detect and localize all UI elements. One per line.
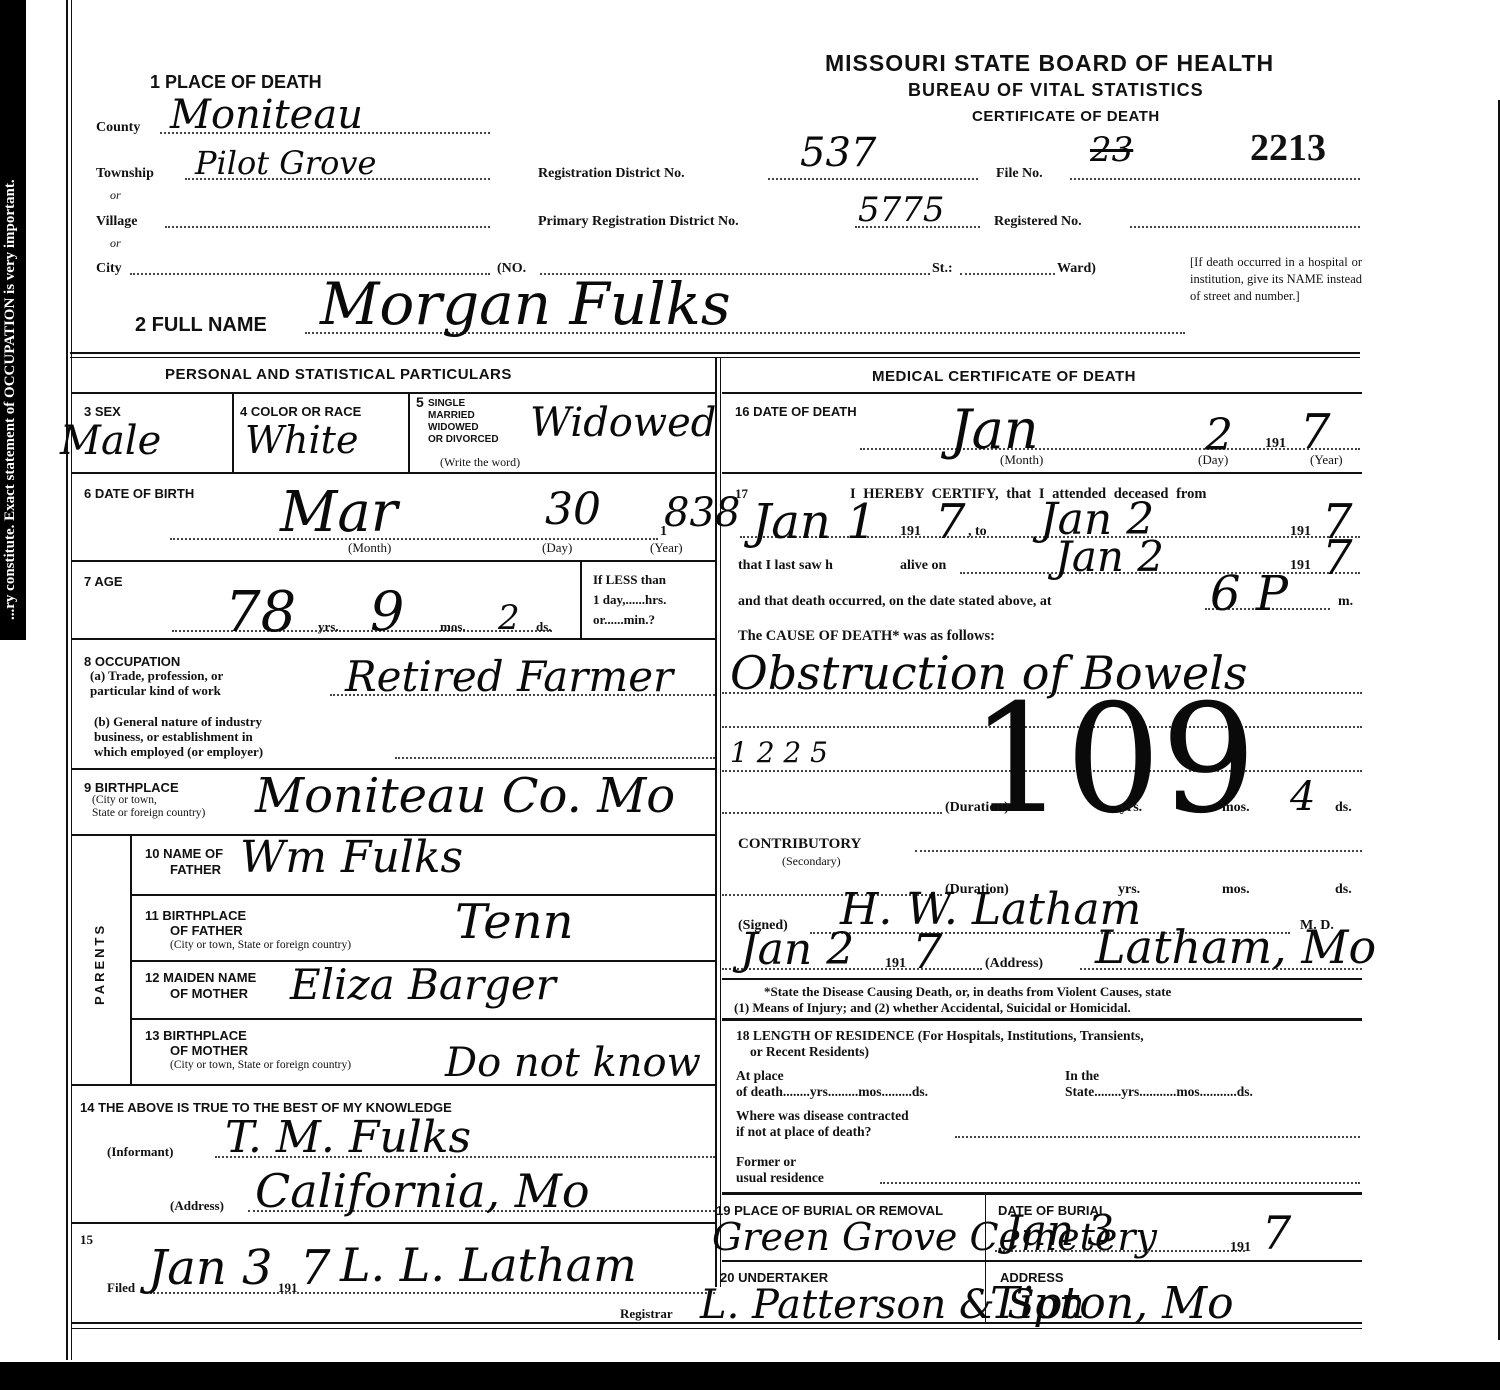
primary-district-label: Primary Registration District No. bbox=[538, 214, 739, 230]
duration2-mos-caption: mos. bbox=[1222, 882, 1250, 898]
residence-title-line-2: or Recent Residents) bbox=[736, 1044, 1144, 1060]
death-occurred-value[interactable]: 6 P bbox=[1210, 566, 1288, 622]
place-of-death-title: 1 PLACE OF DEATH bbox=[150, 72, 322, 93]
attended-from-year-prefix: 191 bbox=[900, 524, 921, 540]
marital-value[interactable]: Widowed bbox=[530, 400, 716, 446]
former-residence-line bbox=[880, 1182, 1360, 1184]
at-place-line-2: of death........yrs.........mos.........… bbox=[736, 1084, 928, 1100]
residence-title: 18 LENGTH OF RESIDENCE (For Hospitals, I… bbox=[736, 1028, 1144, 1060]
sex-label: 3 SEX bbox=[84, 404, 121, 419]
signed-year[interactable]: 7 bbox=[912, 924, 943, 980]
informant-address-value[interactable]: California, Mo bbox=[255, 1164, 590, 1218]
residence-top-line bbox=[722, 1018, 1362, 1021]
or-label-1: or bbox=[110, 188, 121, 203]
board-title: MISSOURI STATE BOARD OF HEALTH bbox=[825, 50, 1274, 77]
filed-year[interactable]: 7 bbox=[300, 1240, 331, 1296]
age-yrs-caption: yrs. bbox=[318, 619, 339, 635]
large-number-stamp: 109 bbox=[970, 685, 1256, 835]
mother-bp-line-3: (City or town, State or foreign country) bbox=[145, 1058, 351, 1073]
last-saw-value[interactable]: Jan 2 bbox=[1055, 532, 1164, 581]
sex-race-divider bbox=[232, 392, 234, 472]
contributory-line bbox=[915, 850, 1362, 852]
dob-day[interactable]: 30 bbox=[545, 484, 601, 535]
disease-contracted-line-2: if not at place of death? bbox=[736, 1124, 909, 1140]
birthplace-sub-line-1: (City or town, bbox=[92, 794, 205, 807]
bottom-black-border bbox=[0, 1362, 1500, 1390]
age-ds-caption: ds. bbox=[536, 619, 552, 635]
contributory-sublabel: (Secondary) bbox=[782, 854, 841, 869]
occupation-label: 8 OCCUPATION bbox=[84, 654, 180, 669]
duration-label: (Duration) bbox=[945, 800, 1009, 816]
duration-ds-caption: ds. bbox=[1335, 800, 1352, 816]
burial-year-prefix: 191 bbox=[1230, 1240, 1251, 1256]
filed-date[interactable]: Jan 3 bbox=[148, 1240, 273, 1296]
occupation-b-line bbox=[395, 757, 715, 759]
cause-of-death-label: The CAUSE OF DEATH* was as follows: bbox=[738, 628, 995, 645]
certify-number: 17 bbox=[735, 486, 748, 502]
bureau-title: BUREAU OF VITAL STATISTICS bbox=[908, 80, 1204, 101]
attended-to-year-prefix: 191 bbox=[1290, 524, 1311, 540]
occupation-b-line-3: which employed (or employer) bbox=[94, 744, 263, 759]
cause-line-3-value[interactable]: 1 2 2 5 bbox=[730, 736, 828, 769]
mother-birthplace-label: 13 BIRTHPLACE OF MOTHER (City or town, S… bbox=[145, 1028, 351, 1073]
occupation-b-line-2: business, or establishment in bbox=[94, 729, 263, 744]
former-residence-line-1: Former or bbox=[736, 1154, 824, 1170]
marital-number: 5 bbox=[416, 394, 424, 410]
birthplace-label: 9 BIRTHPLACE bbox=[84, 780, 179, 795]
birthplace-sub-line-2: State or foreign country) bbox=[92, 807, 205, 820]
occupation-a-label: (a) Trade, profession, or particular kin… bbox=[90, 668, 223, 698]
in-state-line-2: State........yrs...........mos..........… bbox=[1065, 1084, 1253, 1100]
less-than-line-3: or......min.? bbox=[593, 610, 666, 630]
row-line-6 bbox=[72, 560, 715, 562]
signed-date[interactable]: Jan 2 bbox=[740, 924, 854, 975]
undertaker-top-line bbox=[722, 1260, 1362, 1262]
residence-title-line-1: 18 LENGTH OF RESIDENCE (For Hospitals, I… bbox=[736, 1028, 1144, 1044]
father-label: 10 NAME OF FATHER bbox=[145, 846, 223, 878]
mother-birthplace-value[interactable]: Do not know bbox=[445, 1040, 701, 1086]
duration-yrs-caption: yrs. bbox=[1120, 800, 1142, 816]
last-saw-mid: alive on bbox=[900, 558, 946, 574]
registered-number-label: Registered No. bbox=[994, 214, 1082, 230]
row-line-10 bbox=[132, 894, 715, 896]
occupation-a-line-2: particular kind of work bbox=[90, 683, 223, 698]
registration-district-line bbox=[768, 178, 978, 180]
file-number-line bbox=[1070, 178, 1360, 180]
mother-label-line-1: 12 MAIDEN NAME bbox=[145, 970, 256, 986]
disease-contracted-line-1: Where was disease contracted bbox=[736, 1108, 909, 1124]
duration-mos-caption: mos. bbox=[1222, 800, 1250, 816]
full-name-value[interactable]: Morgan Fulks bbox=[320, 270, 731, 338]
last-saw-year-prefix: 191 bbox=[1290, 558, 1311, 574]
frame-left-line bbox=[66, 0, 68, 1360]
primary-district-value[interactable]: 5775 bbox=[858, 190, 945, 230]
county-label: County bbox=[96, 120, 140, 136]
father-bp-line-1: 11 BIRTHPLACE bbox=[145, 908, 351, 923]
row-line-13 bbox=[72, 1084, 715, 1086]
marital-option-single: SINGLE bbox=[428, 398, 499, 410]
in-state-line-1: In the bbox=[1065, 1068, 1253, 1084]
death-occurred-label: and that death occurred, on the date sta… bbox=[738, 594, 1052, 610]
dob-label: 6 DATE OF BIRTH bbox=[84, 486, 194, 501]
hospital-note: [If death occurred in a hospital or inst… bbox=[1190, 254, 1362, 305]
file-number-label: File No. bbox=[996, 166, 1043, 182]
attended-from-year[interactable]: 7 bbox=[935, 494, 966, 550]
dod-month-caption: (Month) bbox=[1000, 452, 1043, 468]
footnote-line-1: *State the Disease Causing Death, or, in… bbox=[734, 984, 1171, 1000]
informant-address-label: (Address) bbox=[170, 1198, 224, 1214]
occupation-b-label: (b) General nature of industry business,… bbox=[94, 714, 263, 759]
county-value[interactable]: Moniteau bbox=[170, 92, 363, 138]
birthplace-value[interactable]: Moniteau Co. Mo bbox=[255, 768, 675, 824]
dob-month-caption: (Month) bbox=[348, 540, 391, 556]
mother-label: 12 MAIDEN NAME OF MOTHER bbox=[145, 970, 256, 1002]
residence-in-state: In the State........yrs...........mos...… bbox=[1065, 1068, 1253, 1100]
filed-year-prefix: 191 bbox=[278, 1280, 298, 1296]
filed-number: 15 bbox=[80, 1232, 93, 1248]
death-occurred-suffix: m. bbox=[1338, 594, 1353, 610]
city-label: City bbox=[96, 261, 122, 277]
frame-left-line-inner bbox=[71, 0, 72, 1360]
less-than-line-2: 1 day,......hrs. bbox=[593, 590, 666, 610]
contributory-label: CONTRIBUTORY bbox=[738, 836, 861, 853]
registrar-signature[interactable]: L. L. Latham bbox=[340, 1238, 637, 1292]
certificate-title: CERTIFICATE OF DEATH bbox=[972, 108, 1160, 125]
marital-option-widowed: WIDOWED bbox=[428, 422, 499, 434]
date-of-death-label: 16 DATE OF DEATH bbox=[735, 404, 857, 419]
footnote-line-2: (1) Means of Injury; and (2) whether Acc… bbox=[734, 1000, 1171, 1016]
ward-label: Ward) bbox=[1057, 261, 1096, 277]
informant-label: (Informant) bbox=[107, 1144, 173, 1160]
age-days[interactable]: 2 bbox=[498, 598, 520, 638]
residence-at-place: At place of death........yrs.........mos… bbox=[736, 1068, 928, 1100]
marital-option-divorced: OR DIVORCED bbox=[428, 434, 499, 446]
duration2-ds-caption: ds. bbox=[1335, 882, 1352, 898]
race-marital-divider bbox=[408, 392, 410, 472]
section-divider-top bbox=[70, 352, 1360, 354]
father-bp-line-3: (City or town, State or foreign country) bbox=[145, 938, 351, 953]
mother-bp-line-1: 13 BIRTHPLACE bbox=[145, 1028, 351, 1043]
personal-title-line bbox=[72, 392, 715, 394]
cause-footnote: *State the Disease Causing Death, or, in… bbox=[734, 984, 1171, 1016]
burial-date-value[interactable]: Jan 3 bbox=[1005, 1206, 1114, 1255]
personal-section-title: PERSONAL AND STATISTICAL PARTICULARS bbox=[165, 366, 512, 383]
sex-value[interactable]: Male bbox=[60, 418, 161, 464]
dod-year-caption: (Year) bbox=[1310, 452, 1343, 468]
former-residence-label: Former or usual residence bbox=[736, 1154, 824, 1186]
registration-district-value[interactable]: 537 bbox=[800, 130, 876, 176]
row-line-5 bbox=[72, 472, 715, 474]
disease-contracted-label: Where was disease contracted if not at p… bbox=[736, 1108, 909, 1140]
father-label-line-1: 10 NAME OF bbox=[145, 846, 223, 862]
village-line bbox=[165, 226, 490, 228]
registration-district-label: Registration District No. bbox=[538, 166, 685, 182]
medical-title-line bbox=[722, 392, 1362, 394]
less-than-day: If LESS than 1 day,......hrs. or......mi… bbox=[593, 570, 666, 630]
dob-day-caption: (Day) bbox=[542, 540, 572, 556]
file-number-struck: 23 bbox=[1090, 130, 1133, 170]
informant-value[interactable]: T. M. Fulks bbox=[225, 1112, 471, 1163]
duration-line bbox=[722, 812, 942, 814]
duration-days[interactable]: 4 bbox=[1290, 774, 1315, 820]
father-value[interactable]: Wm Fulks bbox=[240, 832, 463, 883]
occupation-a-line-1: (a) Trade, profession, or bbox=[90, 668, 223, 683]
age-mos-caption: mos. bbox=[440, 619, 466, 635]
birthplace-sublabel: (City or town, State or foreign country) bbox=[92, 794, 205, 820]
registrar-label: Registrar bbox=[620, 1306, 673, 1322]
physician-address-label: (Address) bbox=[985, 956, 1043, 972]
dod-day-caption: (Day) bbox=[1198, 452, 1228, 468]
registered-number-line bbox=[1130, 226, 1360, 228]
marital-option-married: MARRIED bbox=[428, 410, 499, 422]
physician-address-value[interactable]: Latham, Mo bbox=[1095, 920, 1376, 974]
occupation-a-value[interactable]: Retired Farmer bbox=[345, 652, 673, 701]
age-label: 7 AGE bbox=[84, 574, 123, 589]
burial-year[interactable]: 7 bbox=[1262, 1206, 1291, 1260]
dob-line bbox=[170, 538, 658, 540]
last-saw-label: that I last saw h bbox=[738, 558, 833, 574]
less-than-line-1: If LESS than bbox=[593, 570, 666, 590]
mother-value[interactable]: Eliza Barger bbox=[290, 960, 556, 1009]
race-label: 4 COLOR OR RACE bbox=[240, 404, 361, 419]
row-line-12 bbox=[132, 1018, 715, 1020]
disease-contracted-line bbox=[955, 1136, 1360, 1138]
dob-year-caption: (Year) bbox=[650, 540, 683, 556]
row-line-7 bbox=[72, 638, 715, 640]
race-value[interactable]: White bbox=[245, 418, 358, 462]
former-residence-line-2: usual residence bbox=[736, 1170, 824, 1186]
marital-note: (Write the word) bbox=[440, 455, 520, 470]
date-of-death-year-prefix: 191 bbox=[1265, 436, 1286, 452]
age-months[interactable]: 9 bbox=[370, 580, 404, 643]
age-less-divider bbox=[580, 560, 582, 638]
father-birthplace-label: 11 BIRTHPLACE OF FATHER (City or town, S… bbox=[145, 908, 351, 953]
medical-row-line-16 bbox=[722, 472, 1362, 474]
ward-line bbox=[960, 273, 1055, 275]
attended-from[interactable]: Jan 1 bbox=[752, 494, 877, 550]
or-label-2: or bbox=[110, 236, 121, 251]
dob-month[interactable]: Mar bbox=[280, 480, 398, 545]
parents-label: PARENTS bbox=[92, 923, 107, 1005]
filed-label: Filed bbox=[107, 1280, 135, 1296]
at-place-line-1: At place bbox=[736, 1068, 928, 1084]
father-birthplace-value[interactable]: Tenn bbox=[455, 894, 574, 950]
age-years[interactable]: 78 bbox=[225, 580, 296, 645]
file-number-value[interactable]: 2213 bbox=[1250, 126, 1326, 170]
mother-bp-line-2: OF MOTHER bbox=[145, 1043, 351, 1058]
burial-top-line bbox=[722, 1192, 1362, 1195]
dob-year[interactable]: 838 bbox=[664, 490, 740, 536]
full-name-label: 2 FULL NAME bbox=[135, 314, 267, 337]
attended-to-label: , to bbox=[968, 524, 987, 540]
row-line-14 bbox=[72, 1222, 715, 1224]
footnote-top-line bbox=[722, 978, 1362, 980]
occupation-side-note: ...ry constitute. Exact statement of OCC… bbox=[2, 596, 19, 620]
signed-year-prefix: 191 bbox=[885, 956, 906, 972]
occupation-b-line-1: (b) General nature of industry bbox=[94, 714, 263, 729]
medical-section-title: MEDICAL CERTIFICATE OF DEATH bbox=[872, 368, 1136, 385]
marital-options: SINGLE MARRIED WIDOWED OR DIVORCED bbox=[428, 398, 499, 446]
undertaker-address-value[interactable]: Tipton, Mo bbox=[990, 1278, 1234, 1329]
parents-divider bbox=[130, 834, 132, 1084]
father-bp-line-2: OF FATHER bbox=[145, 923, 351, 938]
township-label: Township bbox=[96, 166, 154, 182]
last-saw-year[interactable]: 7 bbox=[1322, 530, 1353, 586]
certificate-page: ...ry constitute. Exact statement of OCC… bbox=[0, 0, 1500, 1368]
village-label: Village bbox=[96, 214, 137, 230]
township-value[interactable]: Pilot Grove bbox=[195, 144, 376, 182]
street-label: St.: bbox=[932, 261, 953, 277]
father-label-line-2: FATHER bbox=[145, 862, 223, 878]
mother-label-line-2: OF MOTHER bbox=[145, 986, 256, 1002]
